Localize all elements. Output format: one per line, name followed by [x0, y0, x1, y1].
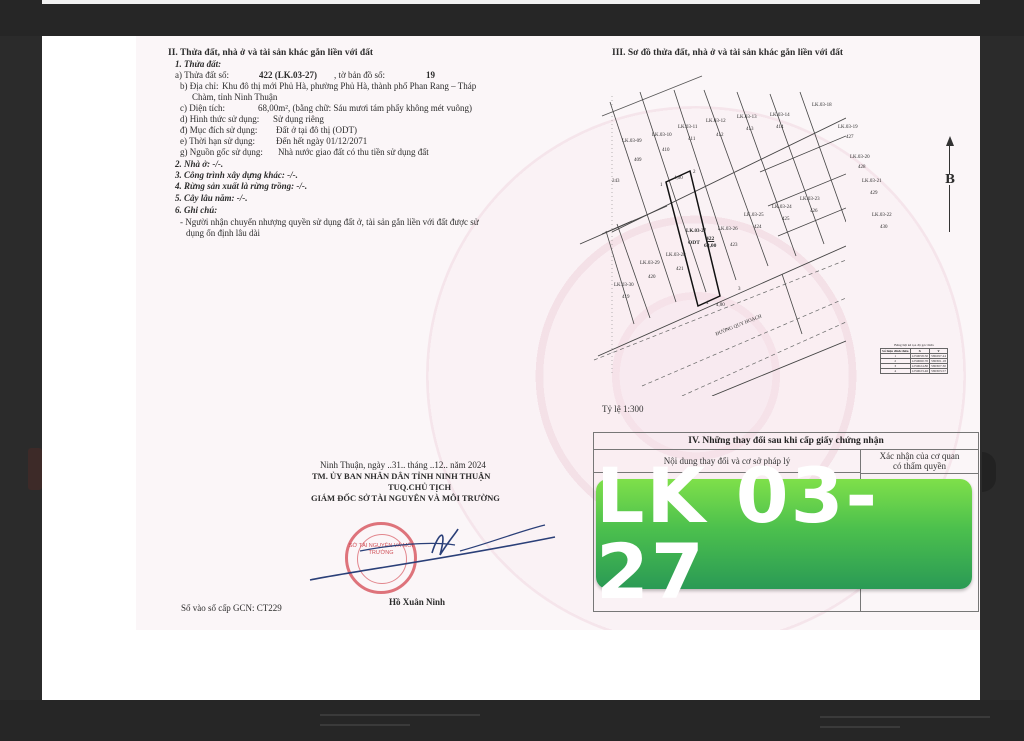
lot-label: LK.03-18 [812, 100, 832, 111]
lot-number: 419 [622, 292, 630, 303]
signing-authority: TM. ỦY BAN NHÂN DÂN TỈNH NINH THUẬN [312, 471, 490, 482]
lot-number: 428 [858, 162, 866, 173]
lot-number: 423 [730, 240, 738, 251]
lot-number: 426 [810, 206, 818, 217]
notes-line-2: dụng ổn định lâu dài [186, 228, 260, 239]
coordinate-table: Bảng liệt kê tọa độ góc thửa Số hiệu đỉn… [880, 343, 948, 374]
lot-code-overlay-badge: LK 03-27 [596, 479, 972, 589]
lot-label: LK.03-30 [614, 280, 634, 291]
lot-number: 410 [662, 145, 670, 156]
lot-label: LK.03-13 [737, 112, 757, 123]
section-ii-title: II. Thửa đất, nhà ở và tài sản khác gắn … [168, 48, 373, 59]
usage-form-label: d) Hình thức sử dụng: [180, 114, 259, 125]
subject-lot-code: LK.03-27 [686, 226, 706, 237]
lot-label: LK.03-12 [706, 116, 726, 127]
lot-label: LK.03-25 [744, 210, 764, 221]
edge-length: 4,00 [716, 300, 725, 311]
lot-label: LK.03-11 [678, 122, 697, 133]
parcel-label: a) Thửa đất số: [175, 70, 229, 81]
lot-label: LK.03-23 [800, 194, 820, 205]
lot-number: 429 [870, 188, 878, 199]
lot-label: LK.03-24 [772, 202, 792, 213]
lot-label: LK.03-26 [718, 224, 738, 235]
vertex-label: 4 [706, 298, 709, 309]
previous-page-edge [42, 0, 980, 4]
term-value: Đến hết ngày 01/12/2071 [276, 136, 367, 147]
signing-date: Ninh Thuận, ngày ..31.. tháng ..12.. năm… [320, 460, 486, 471]
lot-label: LK.03-09 [622, 136, 642, 147]
lot-label: LK.03-10 [652, 130, 672, 141]
subject-lot-use: ODT [688, 238, 700, 249]
parcel-map [462, 56, 846, 396]
origin-value: Nhà nước giao đất có thu tiền sử dụng đấ… [278, 147, 429, 158]
signing-proxy: TUQ.CHỦ TỊCH [388, 482, 451, 493]
lot-number: 421 [676, 264, 684, 275]
address-label: b) Địa chỉ: [180, 81, 219, 92]
next-arrow-shadow[interactable] [982, 452, 996, 492]
lot-number: 427 [846, 132, 854, 143]
signature-stroke [300, 515, 560, 595]
area-label: c) Diện tích: [180, 103, 225, 114]
lot-number: 424 [754, 222, 762, 233]
vertex-label: 1 [660, 180, 663, 191]
map-sheet-label: , tờ bản đồ số: [334, 70, 385, 81]
notes-heading: 6. Ghi chú: [175, 205, 217, 216]
prev-arrow-shadow[interactable] [28, 448, 42, 490]
changes-table-title: IV. Những thay đổi sau khi cấp giấy chứn… [594, 433, 978, 450]
other-construction-line: 3. Công trình xây dựng khác: -/-. [175, 170, 298, 181]
lot-label: LK.03-21 [862, 176, 882, 187]
house-line: 2. Nhà ở: -/-. [175, 159, 223, 170]
lot-code-overlay-text: LK 03-27 [596, 458, 972, 610]
north-arrow: B [944, 136, 956, 236]
lot-number: 420 [648, 272, 656, 283]
lot-label: LK.03-14 [770, 110, 790, 121]
registry-number: Số vào sổ cấp GCN: CT229 [181, 603, 282, 614]
viewer-bottom-bar [0, 700, 1024, 741]
lot-label: LK.03-22 [872, 210, 892, 221]
lot-label: LK.03-28 [666, 250, 686, 261]
lot-number: 430 [880, 222, 888, 233]
lot-number: 409 [634, 155, 642, 166]
viewer-top-bar [0, 0, 1024, 36]
address-line-2: Chàm, tỉnh Ninh Thuận [192, 92, 277, 103]
purpose-label: đ) Mục đích sử dụng: [180, 125, 257, 136]
north-arrow-icon [946, 136, 954, 146]
usage-form-value: Sử dụng riêng [273, 114, 324, 125]
forest-line: 4. Rừng sản xuất là rừng trồng: -/-. [175, 181, 307, 192]
map-scale: Tỷ lệ 1:300 [602, 404, 644, 414]
purpose-value: Đất ở tại đô thị (ODT) [276, 125, 357, 136]
term-label: e) Thời hạn sử dụng: [180, 136, 255, 147]
lot-number: 243 [612, 176, 620, 187]
lot-number: 414 [776, 122, 784, 133]
coord-table-caption: Bảng liệt kê tọa độ góc thửa [880, 343, 948, 348]
lot-label: LK.03-29 [640, 258, 660, 269]
lot-number: 411 [688, 134, 695, 145]
origin-label: g) Nguồn gốc sử dụng: [180, 147, 263, 158]
vertex-label: 2 [693, 167, 696, 178]
signer-name: Hồ Xuân Ninh [389, 597, 445, 608]
subject-lot-area: 68,00 [704, 241, 716, 252]
perennial-line: 5. Cây lâu năm: -/-. [175, 193, 248, 204]
lot-number: 425 [782, 214, 790, 225]
edge-length: 4,00 [674, 173, 683, 184]
address-line-1: Khu đô thị mới Phủ Hà, phường Phủ Hà, th… [222, 81, 476, 92]
signing-position: GIÁM ĐỐC SỞ TÀI NGUYÊN VÀ MÔI TRƯỜNG [311, 493, 500, 504]
lot-number: 412 [716, 130, 724, 141]
notes-line-1: - Người nhận chuyển nhượng quyền sử dụng… [180, 217, 479, 228]
coord-row: 41259023.46580303.57 [881, 369, 948, 374]
land-heading: 1. Thửa đất: [175, 59, 221, 70]
map-sheet-value: 19 [426, 70, 435, 81]
north-label: B [945, 174, 955, 185]
parcel-value: 422 (LK.03-27) [259, 70, 317, 81]
area-value: 68,00m², (bằng chữ: Sáu mươi tám phẩy kh… [258, 103, 472, 114]
vertex-label: 3 [738, 284, 741, 295]
lot-number: 413 [746, 124, 754, 135]
